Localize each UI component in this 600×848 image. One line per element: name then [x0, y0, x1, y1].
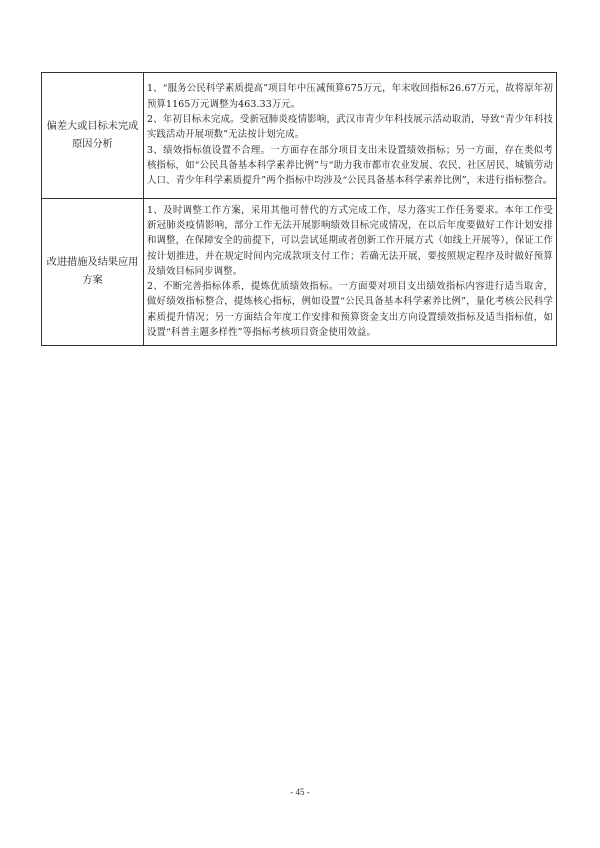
- page-number: - 45 -: [0, 787, 600, 797]
- row-content-improvement: 1、及时调整工作方案，采用其他可替代的方式完成工作，尽力落实工作任务要求。本年工…: [144, 199, 557, 346]
- table-row-improvement-measures: 改进措施及结果应用方案 1、及时调整工作方案，采用其他可替代的方式完成工作，尽力…: [42, 199, 557, 346]
- row-content-deviation: 1、“服务公民科学素质提高”项目年中压减预算675万元，年末收回指标26.67万…: [144, 73, 557, 199]
- paragraph: 2、年初目标未完成。受新冠肺炎疫情影响，武汉市青少年科技展示活动取消，导致“青少…: [147, 112, 553, 143]
- paragraph: 3、绩效指标值设置不合理。一方面存在部分项目支出未设置绩效指标；另一方面，存在类…: [147, 143, 553, 189]
- table-row-deviation-analysis: 偏差大或目标未完成原因分析 1、“服务公民科学素质提高”项目年中压减预算675万…: [42, 73, 557, 199]
- paragraph: 1、及时调整工作方案，采用其他可替代的方式完成工作，尽力落实工作任务要求。本年工…: [147, 203, 553, 279]
- paragraph: 2、不断完善指标体系，提炼优质绩效指标。一方面要对项目支出绩效指标内容进行适当取…: [147, 279, 553, 340]
- paragraph: 1、“服务公民科学素质提高”项目年中压减预算675万元，年末收回指标26.67万…: [147, 81, 553, 112]
- row-label-improvement: 改进措施及结果应用方案: [42, 199, 144, 346]
- row-label-deviation: 偏差大或目标未完成原因分析: [42, 73, 144, 199]
- analysis-table: 偏差大或目标未完成原因分析 1、“服务公民科学素质提高”项目年中压减预算675万…: [41, 72, 557, 346]
